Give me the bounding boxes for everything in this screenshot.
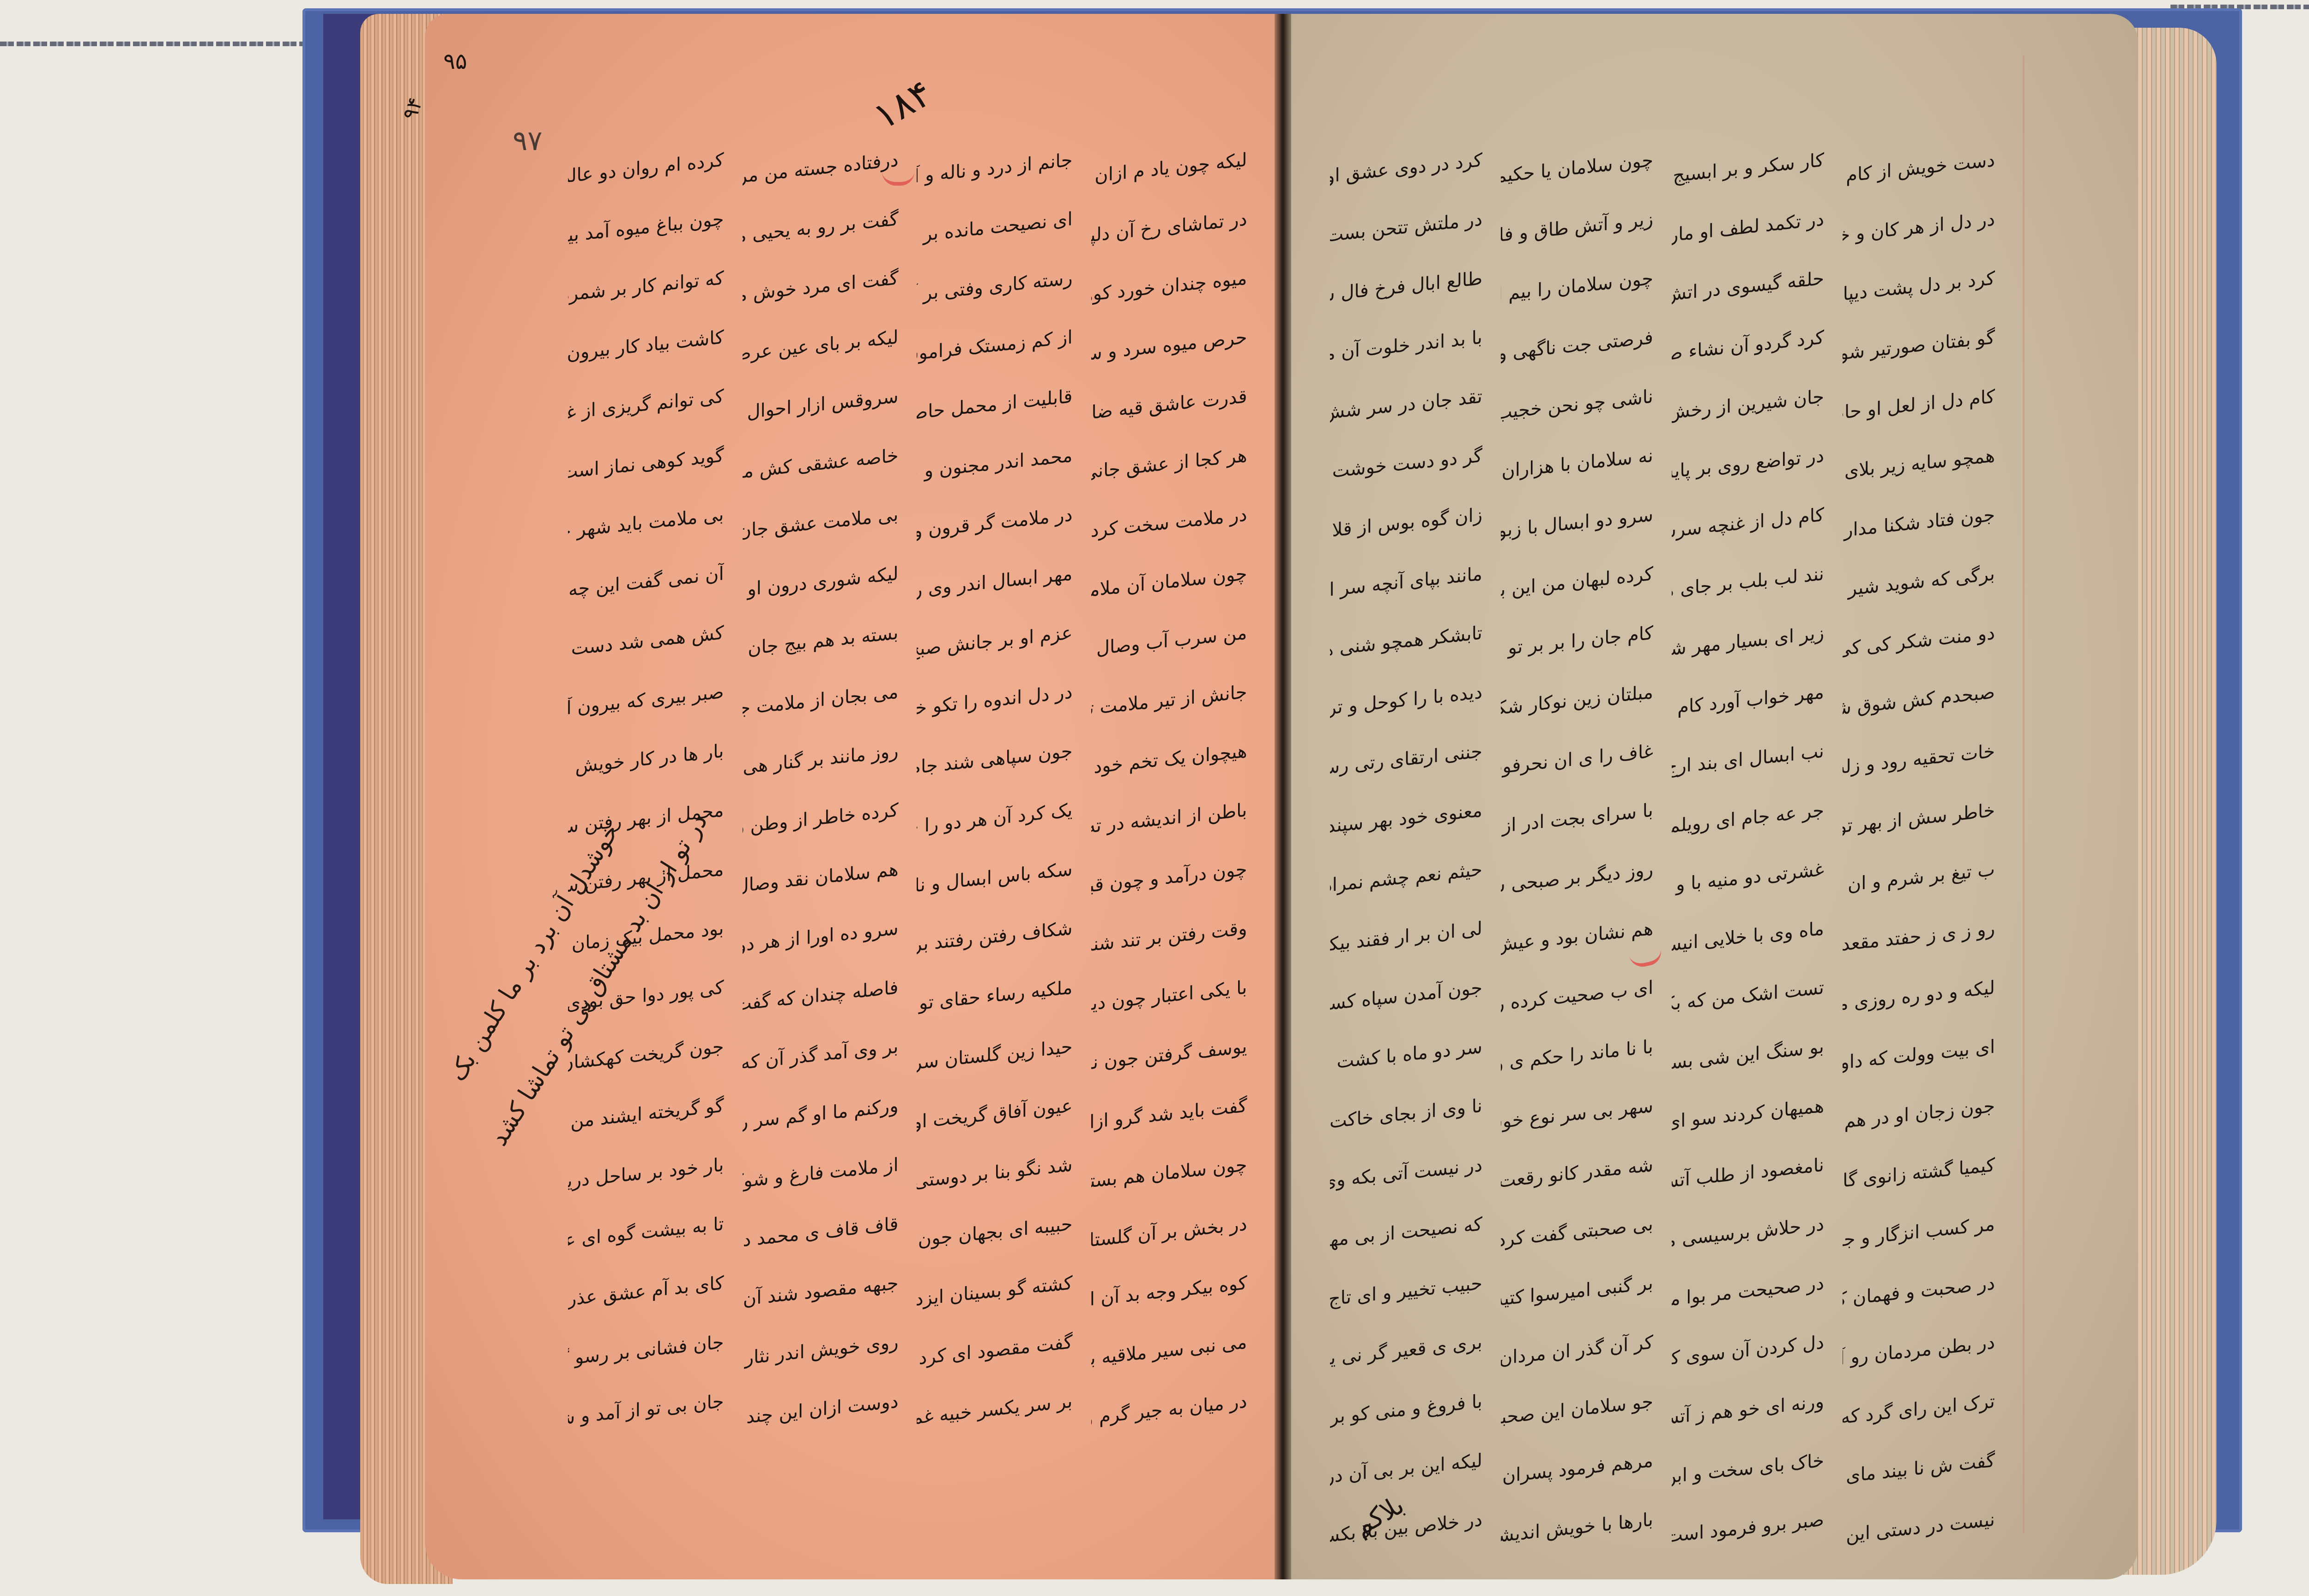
left-page-verses: لیکه چون یاد م ازان ماه آمدستجانم از درد… [568,139,1247,1439]
ruling-line [2023,55,2025,1533]
pencil-number: ۹۷ [513,125,542,157]
background-tape-left [0,42,346,46]
book-gutter [1275,14,1291,1579]
corner-number-1: ۹۵ [443,48,467,74]
right-page-verses: دست خویش از کام او ناکام فتکار سکر و بر … [1330,139,1995,1557]
